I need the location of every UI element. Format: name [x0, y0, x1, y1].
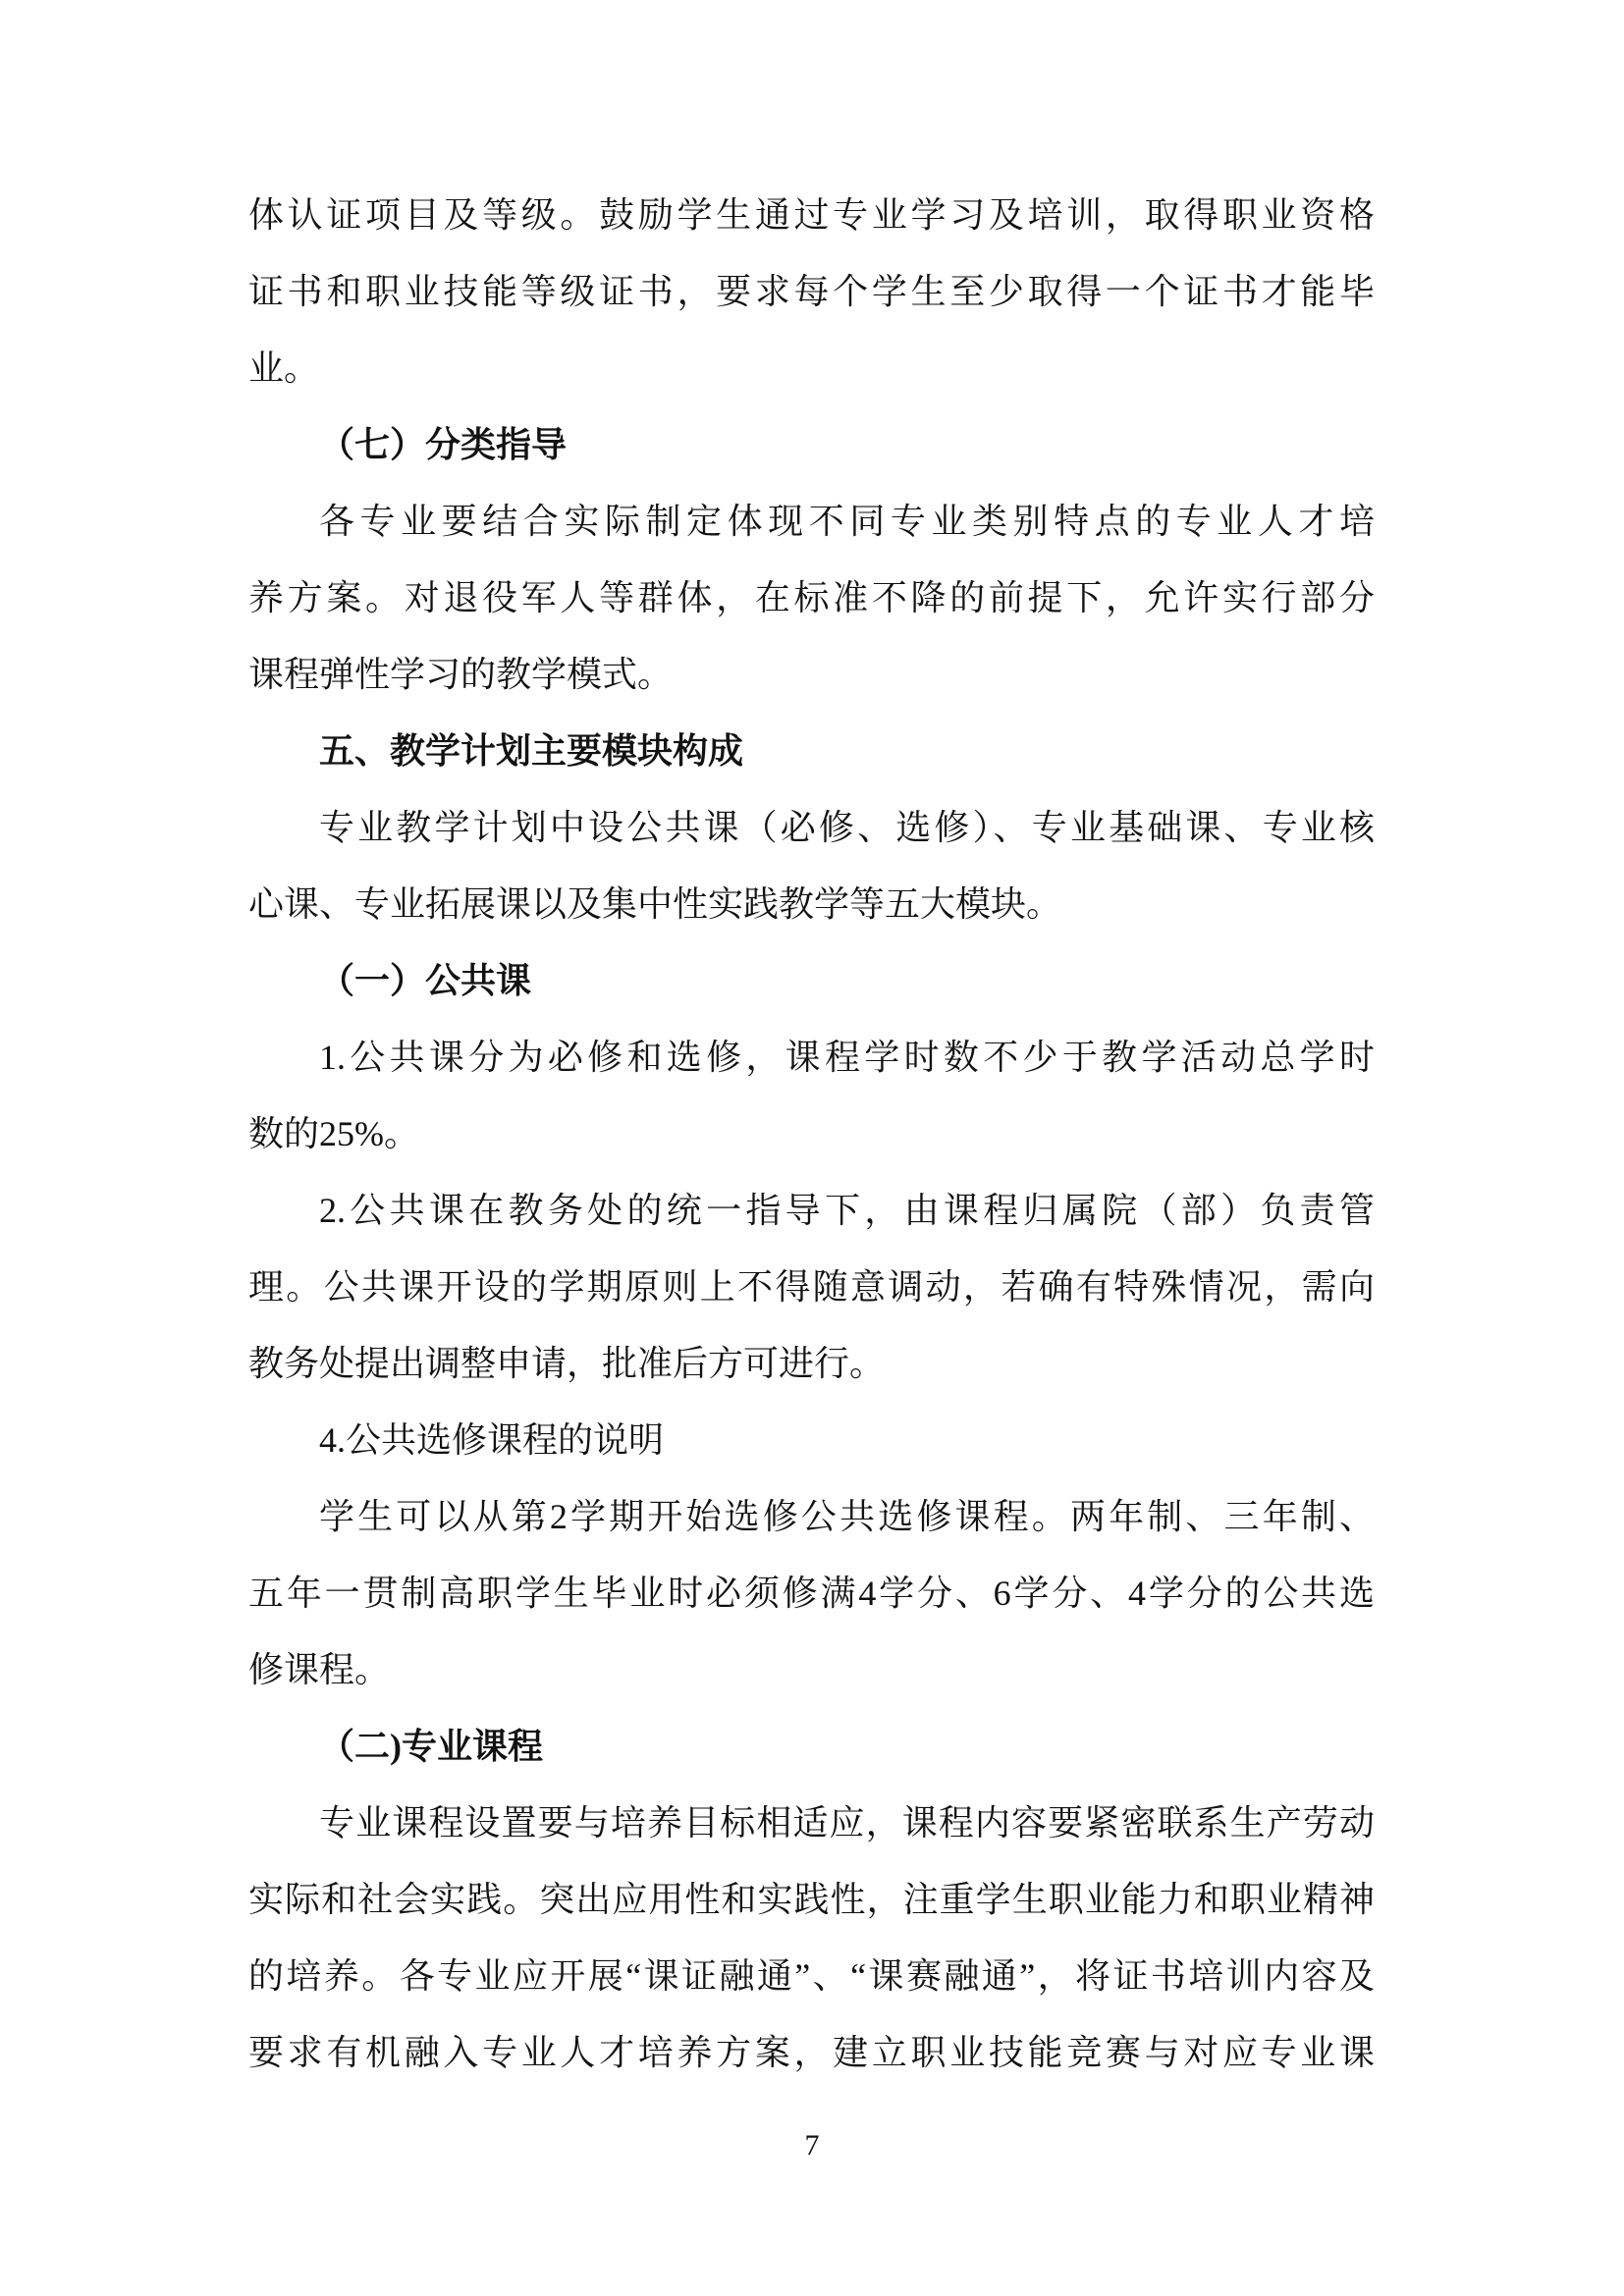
text-line: 修课程。 [248, 1631, 1375, 1708]
text-line: 课程弹性学习的教学模式。 [248, 636, 1375, 713]
text-line: 数的25%。 [248, 1095, 1375, 1172]
text-line: 业。 [248, 330, 1375, 406]
text-line: 的培养。各专业应开展“课证融通”、“课赛融通”，将证书培训内容及 [248, 1938, 1375, 2014]
text-line: 专业课程设置要与培养目标相适应，课程内容要紧密联系生产劳动 [248, 1785, 1375, 1861]
text-line: 要求有机融入专业人才培养方案，建立职业技能竞赛与对应专业课 [248, 2014, 1375, 2091]
text-line: 学生可以从第2学期开始选修公共选修课程。两年制、三年制、 [248, 1478, 1375, 1555]
text-line: 五年一贯制高职学生毕业时必须修满4学分、6学分、4学分的公共选 [248, 1555, 1375, 1631]
text-line: 实际和社会实践。突出应用性和实践性，注重学生职业能力和职业精神 [248, 1861, 1375, 1938]
text-line: 证书和职业技能等级证书，要求每个学生至少取得一个证书才能毕 [248, 253, 1375, 330]
text-line: 养方案。对退役军人等群体，在标准不降的前提下，允许实行部分 [248, 560, 1375, 636]
text-line: 体认证项目及等级。鼓励学生通过专业学习及培训，取得职业资格 [248, 177, 1375, 253]
text-line: 1.公共课分为必修和选修，课程学时数不少于教学活动总学时 [248, 1019, 1375, 1095]
text-line: 心课、专业拓展课以及集中性实践教学等五大模块。 [248, 866, 1375, 942]
text-line: 理。公共课开设的学期原则上不得随意调动，若确有特殊情况，需向 [248, 1249, 1375, 1325]
text-line: 4.公共选修课程的说明 [248, 1402, 1375, 1478]
text-line: 教务处提出调整申请，批准后方可进行。 [248, 1325, 1375, 1402]
text-line: 专业教学计划中设公共课（必修、选修）、专业基础课、专业核 [248, 789, 1375, 866]
heading-line: 五、教学计划主要模块构成 [248, 713, 1375, 789]
document-page: 体认证项目及等级。鼓励学生通过专业学习及培训，取得职业资格证书和职业技能等级证书… [0, 0, 1624, 2296]
heading-line: （一）公共课 [248, 942, 1375, 1019]
page-number: 7 [0, 2118, 1624, 2173]
heading-line: （七）分类指导 [248, 406, 1375, 483]
text-line: 各专业要结合实际制定体现不同专业类别特点的专业人才培 [248, 483, 1375, 560]
text-line: 2.公共课在教务处的统一指导下，由课程归属院（部）负责管 [248, 1172, 1375, 1249]
heading-line: （二)专业课程 [248, 1708, 1375, 1785]
text-block: 体认证项目及等级。鼓励学生通过专业学习及培训，取得职业资格证书和职业技能等级证书… [248, 177, 1375, 2091]
